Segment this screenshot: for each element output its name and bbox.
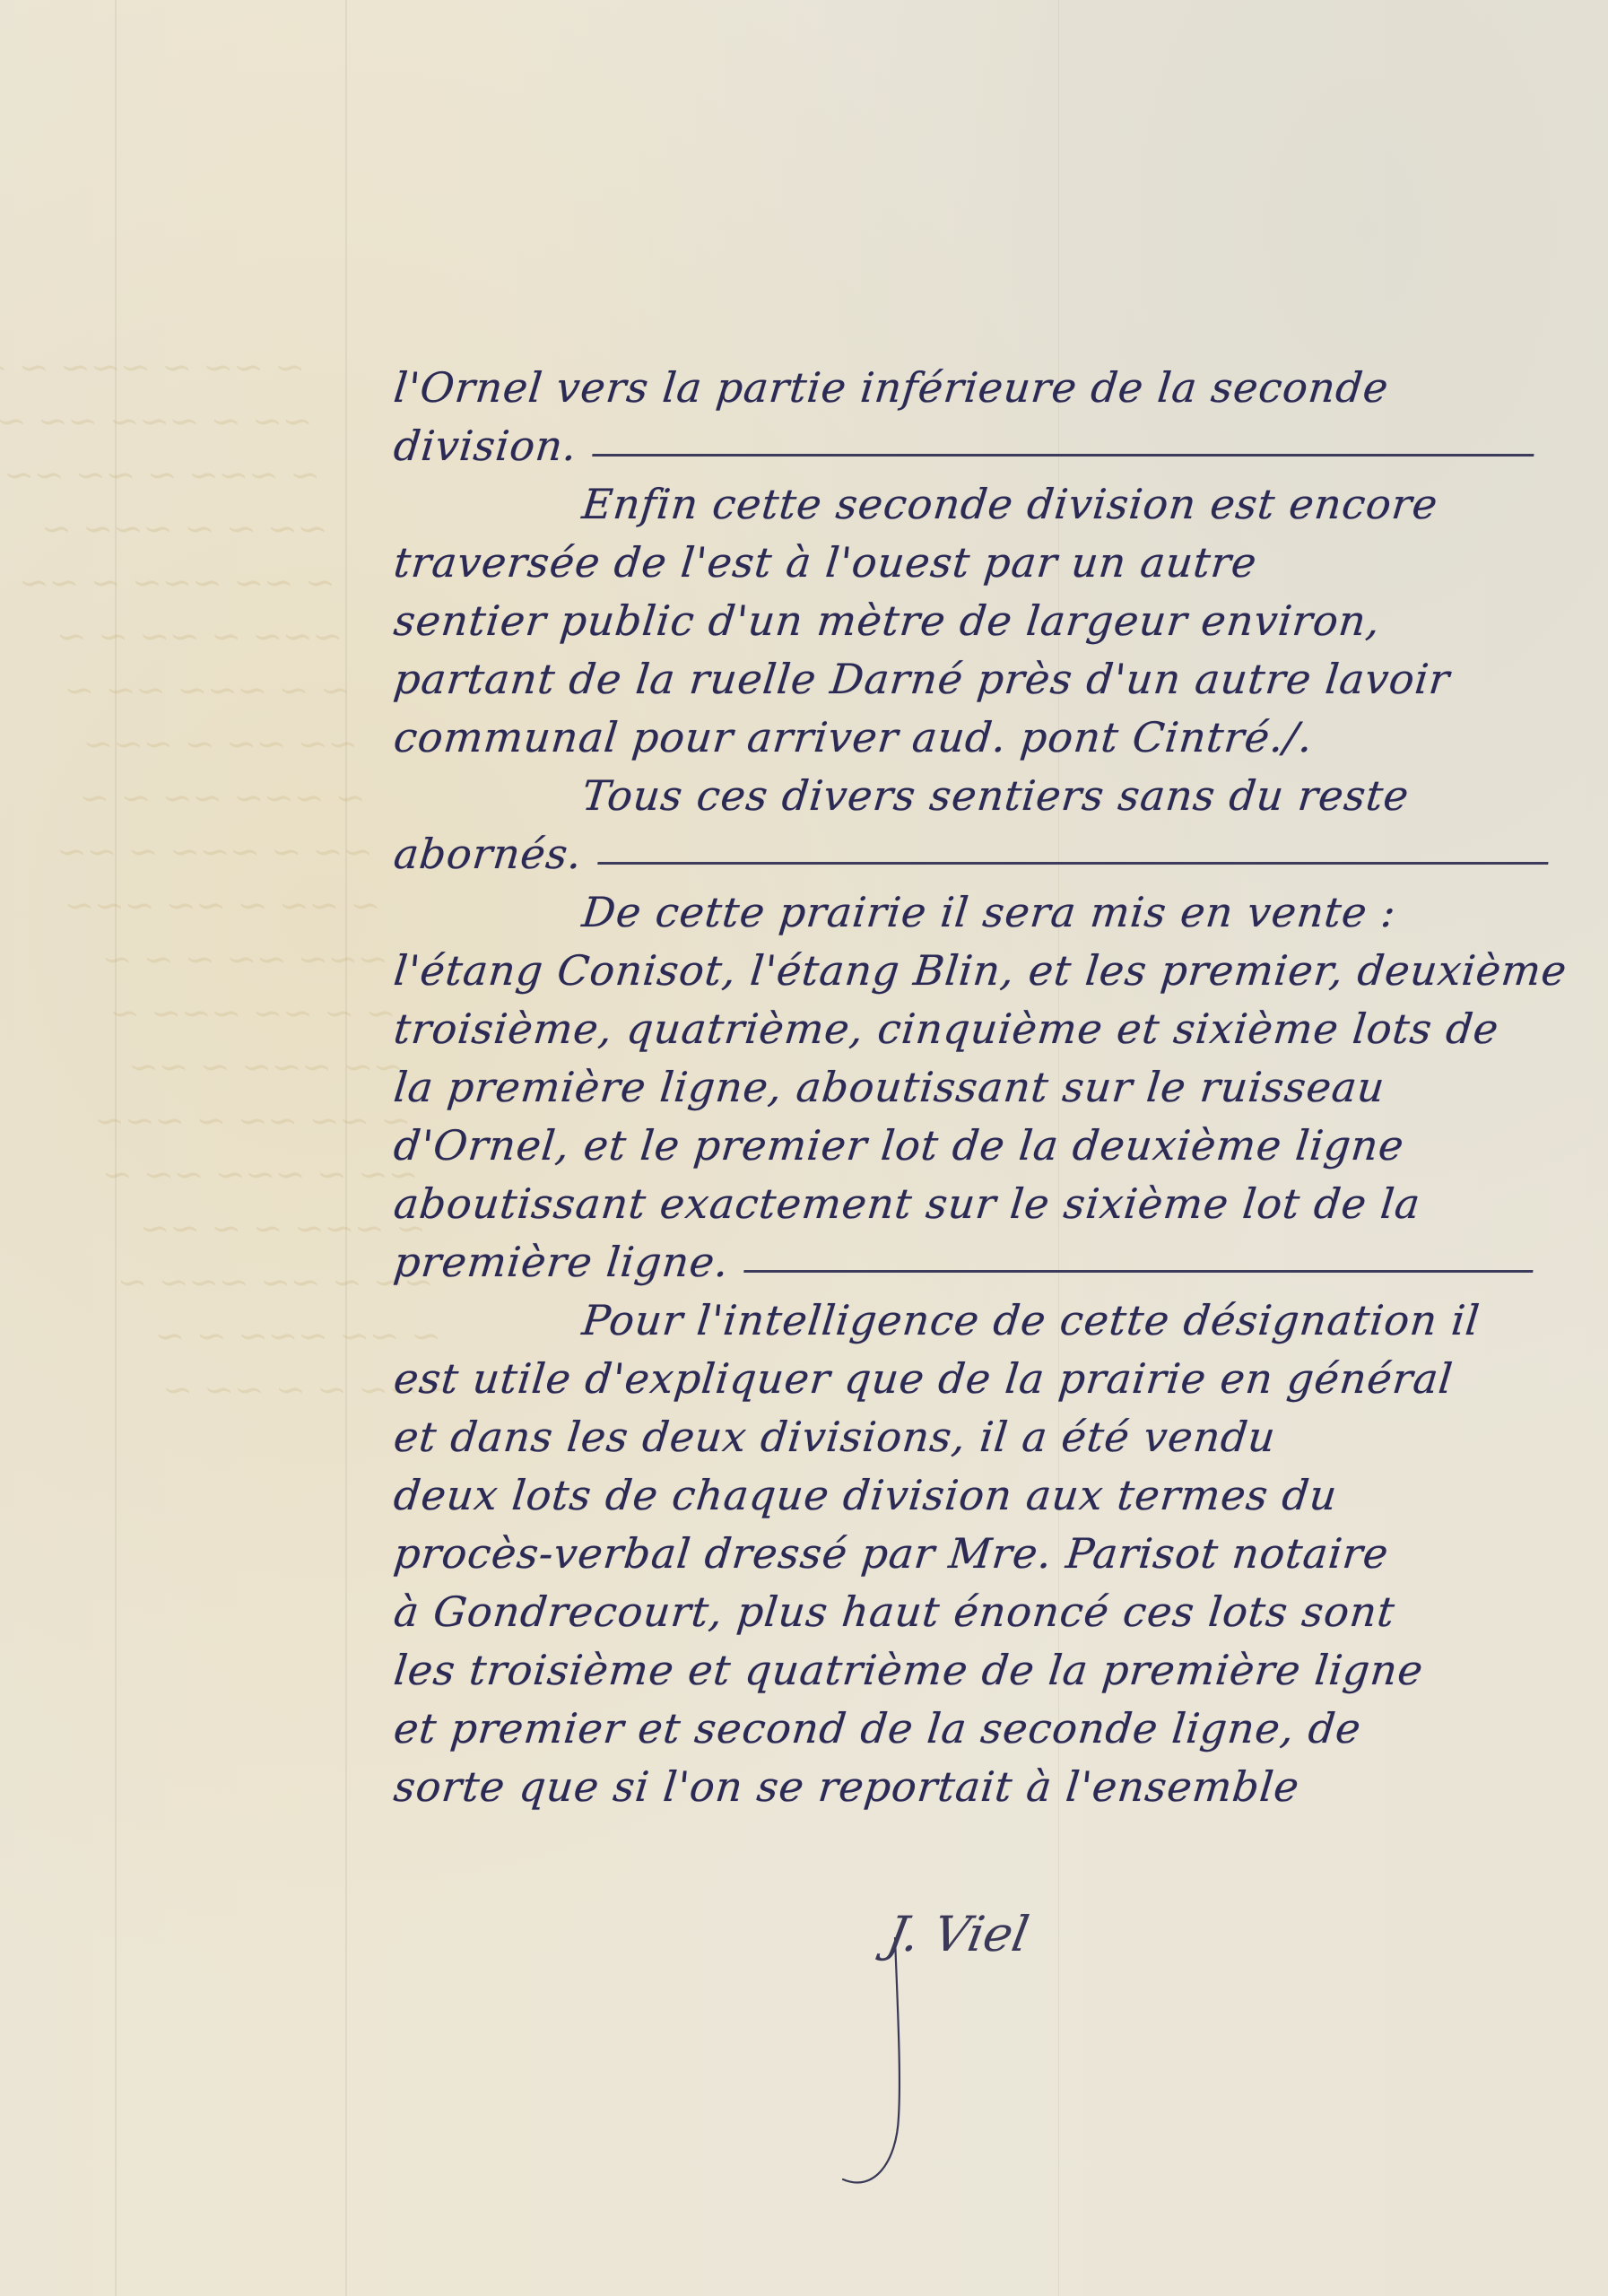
- line-text: troisième, quatrième, cinquième et sixiè…: [392, 1004, 1502, 1053]
- text-line: De cette prairie il sera mis en vente :: [391, 883, 1599, 942]
- line-text: De cette prairie il sera mis en vente :: [580, 888, 1399, 936]
- line-text: à Gondrecourt, plus haut énoncé ces lots…: [392, 1587, 1398, 1636]
- text-line: Pour l'intelligence de cette désignation…: [391, 1291, 1599, 1350]
- line-text: communal pour arriver aud. pont Cintré./…: [392, 713, 1316, 761]
- text-line: et premier et second de la seconde ligne…: [391, 1700, 1599, 1758]
- text-line: l'étang Conisot, l'étang Blin, et les pr…: [391, 942, 1599, 1000]
- text-line: abornés.: [391, 825, 1599, 883]
- line-filler-rule: [744, 1270, 1534, 1273]
- text-line: Tous ces divers sentiers sans du reste: [391, 767, 1599, 825]
- text-line: l'Ornel vers la partie inférieure de la …: [391, 359, 1599, 417]
- line-text: et dans les deux divisions, il a été ven…: [392, 1413, 1279, 1461]
- line-text: la première ligne, aboutissant sur le ru…: [392, 1063, 1387, 1111]
- line-text: Tous ces divers sentiers sans du reste: [580, 771, 1412, 820]
- text-line: deux lots de chaque division aux termes …: [391, 1466, 1599, 1525]
- line-text: sentier public d'un mètre de largeur env…: [392, 596, 1383, 645]
- line-text: abornés.: [392, 830, 585, 878]
- text-line: communal pour arriver aud. pont Cintré./…: [391, 709, 1599, 767]
- line-text: les troisième et quatrième de la premièr…: [392, 1646, 1426, 1694]
- line-filler-rule: [592, 454, 1534, 457]
- text-line: traversée de l'est à l'ouest par un autr…: [391, 534, 1599, 592]
- line-text: aboutissant exactement sur le sixième lo…: [392, 1179, 1423, 1228]
- line-text: procès-verbal dressé par Mre. Parisot no…: [392, 1529, 1392, 1578]
- text-line: partant de la ruelle Darné près d'un aut…: [391, 650, 1599, 709]
- line-text: Pour l'intelligence de cette désignation…: [580, 1296, 1482, 1344]
- text-line: la première ligne, aboutissant sur le ru…: [391, 1058, 1599, 1117]
- bleed-through-ink: ~ ~~ ~ ~~~ ~ ~~~~ ~ ~~~ ~~ ~~ ~~~ ~ ~~ ~…: [0, 341, 452, 1417]
- text-line: d'Ornel, et le premier lot de la deuxièm…: [391, 1117, 1599, 1175]
- signature-flourish-icon: [789, 1937, 915, 2197]
- text-line: Enfin cette seconde division est encore: [391, 475, 1599, 534]
- text-line: sorte que si l'on se reportait à l'ensem…: [391, 1758, 1599, 1816]
- line-text: est utile d'expliquer que de la prairie …: [392, 1354, 1456, 1403]
- line-text: Enfin cette seconde division est encore: [580, 480, 1440, 528]
- line-filler-rule: [597, 862, 1548, 865]
- text-line: procès-verbal dressé par Mre. Parisot no…: [391, 1525, 1599, 1583]
- line-text: traversée de l'est à l'ouest par un autr…: [392, 538, 1260, 587]
- line-text: deux lots de chaque division aux termes …: [392, 1471, 1340, 1519]
- line-text: première ligne.: [392, 1238, 732, 1286]
- text-line: les troisième et quatrième de la premièr…: [391, 1641, 1599, 1700]
- text-line: est utile d'expliquer que de la prairie …: [391, 1350, 1599, 1408]
- paper-crease: [115, 0, 117, 2296]
- text-line: sentier public d'un mètre de largeur env…: [391, 592, 1599, 650]
- text-line: et dans les deux divisions, il a été ven…: [391, 1408, 1599, 1466]
- text-line: troisième, quatrième, cinquième et sixiè…: [391, 1000, 1599, 1058]
- line-text: partant de la ruelle Darné près d'un aut…: [392, 655, 1453, 703]
- paper-crease: [345, 0, 347, 2296]
- line-text: l'Ornel vers la partie inférieure de la …: [392, 363, 1392, 412]
- line-text: d'Ornel, et le premier lot de la deuxièm…: [392, 1121, 1407, 1170]
- line-text: l'étang Conisot, l'étang Blin, et les pr…: [392, 946, 1569, 995]
- text-line: division.: [391, 417, 1599, 475]
- line-text: division.: [392, 422, 580, 470]
- handwritten-text-body: l'Ornel vers la partie inférieure de la …: [391, 359, 1593, 1816]
- line-text: sorte que si l'on se reportait à l'ensem…: [392, 1762, 1302, 1811]
- text-line: première ligne.: [391, 1233, 1599, 1291]
- text-line: à Gondrecourt, plus haut énoncé ces lots…: [391, 1583, 1599, 1641]
- line-text: et premier et second de la seconde ligne…: [392, 1704, 1364, 1752]
- manuscript-page: ~ ~~ ~ ~~~ ~ ~~~~ ~ ~~~ ~~ ~~ ~~~ ~ ~~ ~…: [0, 0, 1608, 2296]
- text-line: aboutissant exactement sur le sixième lo…: [391, 1175, 1599, 1233]
